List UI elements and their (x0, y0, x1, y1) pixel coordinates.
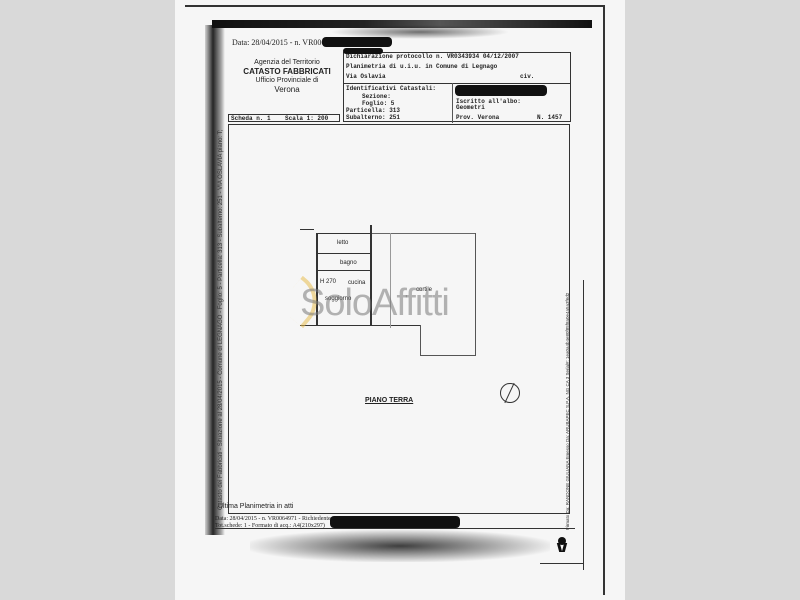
via-text: Via Oslavia (346, 73, 386, 80)
particella-text: Particella: 313 (346, 107, 400, 114)
agency-block: Agenzia del Territorio CATASTO FABBRICAT… (232, 58, 342, 94)
sezione-text: Sezione: (362, 93, 391, 100)
room-letto: letto (337, 240, 348, 246)
numero-text: N. 1457 (537, 114, 562, 121)
civ-text: civ. (520, 73, 534, 80)
prov-text: Prov. Verona (456, 114, 499, 121)
watermark: SoloAffitti (300, 282, 449, 325)
footer-line (215, 528, 575, 529)
subalterno-text: Subalterno: 251 (346, 114, 400, 121)
scheda-text: Scheda n. 1 (231, 115, 271, 122)
agency-line3: Ufficio Provinciale di (232, 76, 342, 85)
viewer-left-margin (0, 0, 175, 600)
planimetria-text: Planimetria di u.i.u. in Comune di Legna… (346, 63, 497, 70)
floor-label: PIANO TERRA (365, 397, 413, 404)
dichiarazione-text: Dichiarazione protocollo n. VR0343934 04… (346, 53, 519, 60)
footer-ultima: Ultima Planimetria in atti (218, 503, 293, 510)
vertical-caption-left: Catasto dei Fabbricati - Situazione al 2… (218, 130, 226, 510)
agency-line4: Verona (232, 85, 342, 94)
seal-ribbon-icon (557, 537, 567, 553)
viewer-right-margin (625, 0, 800, 600)
vertical-signature-text: Firmato Da: RANDONE GIULIANA Emesso Da: … (565, 290, 573, 530)
scan-smudge-bottom (250, 530, 550, 562)
bottom-right-line (540, 563, 584, 564)
page-edge-line (603, 280, 604, 595)
agency-line2: CATASTO FABBRICATI (232, 67, 342, 76)
footer-date-line: Data: 28/04/2015 - n. VR0064971 - Richie… (215, 516, 331, 522)
identificativi-label: Identificativi Catastali: (346, 85, 436, 92)
redaction-bar (322, 37, 392, 47)
redaction-bar (455, 85, 547, 96)
right-border-line (583, 280, 584, 570)
geometri-text: Geometri (456, 104, 485, 111)
room-bagno: bagno (340, 260, 357, 266)
scala-text: Scala 1: 200 (285, 115, 328, 122)
north-arrow-icon (500, 383, 520, 403)
foglio-text: Foglio: 5 (362, 100, 394, 107)
redaction-bar (330, 516, 460, 528)
agency-line1: Agenzia del Territorio (232, 58, 342, 67)
